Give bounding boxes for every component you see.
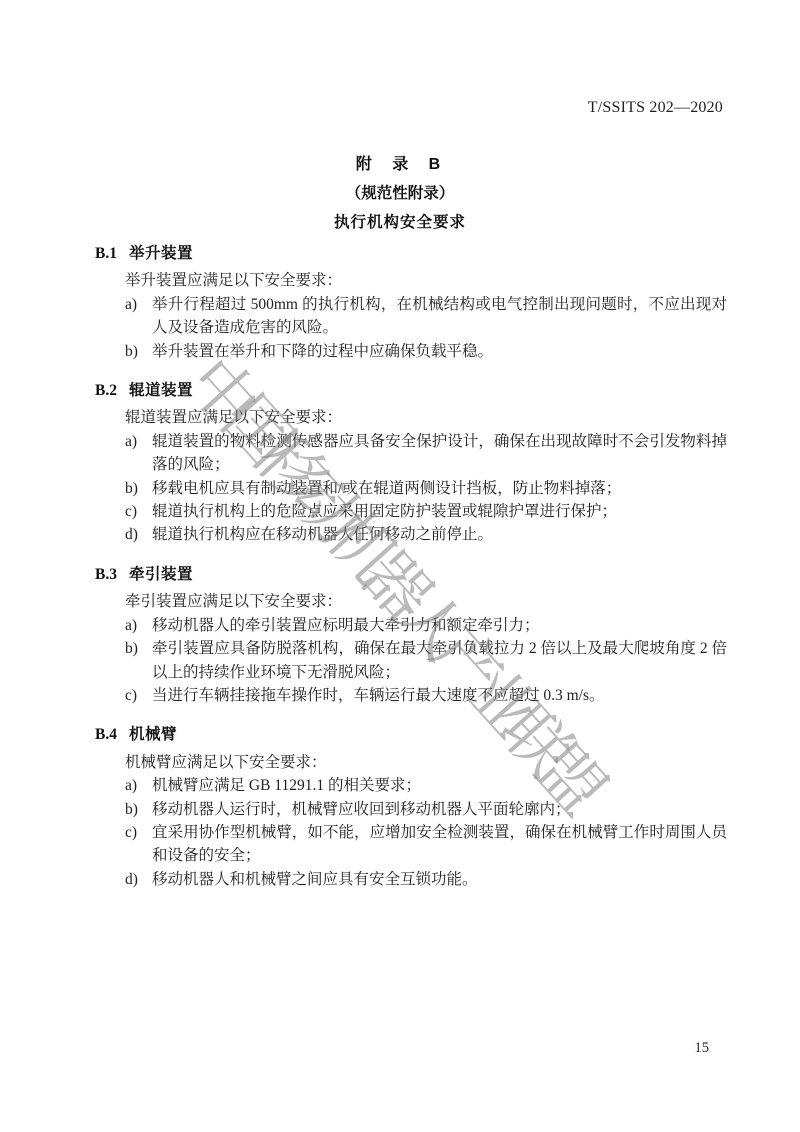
section-intro: 辊道装置应满足以下安全要求： [125, 406, 727, 429]
item-text: 辊道执行机构应在移动机器人任何移动之前停止。 [152, 523, 727, 546]
item-marker: c) [125, 684, 152, 707]
list-item: a) 辊道装置的物料检测传感器应具备安全保护设计，确保在出现故障时不会引发物料掉… [125, 430, 727, 477]
requirement-list: a) 机械臂应满足 GB 11291.1 的相关要求； b) 移动机器人运行时，… [125, 774, 727, 891]
item-text: 当进行车辆挂接拖车操作时，车辆运行最大速度不应超过 0.3 m/s。 [152, 684, 727, 707]
page-number: 15 [695, 1040, 710, 1057]
list-item: a) 机械臂应满足 GB 11291.1 的相关要求； [125, 774, 727, 797]
section-b1: B.1 举升装置 举升装置应满足以下安全要求： a) 举升行程超过 500mm … [95, 242, 727, 363]
section-number: B.1 [95, 242, 117, 265]
section-heading: B.1 举升装置 [95, 242, 727, 265]
item-text: 举升装置在举升和下降的过程中应确保负载平稳。 [152, 340, 727, 363]
item-text: 举升行程超过 500mm 的执行机构，在机械结构或电气控制出现问题时，不应出现对… [152, 293, 727, 340]
section-intro: 牵引装置应满足以下安全要求： [125, 590, 727, 613]
item-text: 宜采用协作型机械臂，如不能，应增加安全检测装置，确保在机械臂工作时周围人员和设备… [152, 821, 727, 868]
section-heading: B.4 机械臂 [95, 723, 727, 746]
section-number: B.2 [95, 379, 117, 402]
appendix-title: 附 录 B [0, 151, 800, 174]
list-item: c) 宜采用协作型机械臂，如不能，应增加安全检测装置，确保在机械臂工作时周围人员… [125, 821, 727, 868]
section-number: B.3 [95, 563, 117, 586]
section-title: 牵引装置 [129, 563, 193, 586]
list-item: b) 牵引装置应具备防脱落机构，确保在最大牵引负载拉力 2 倍以上及最大爬坡角度… [125, 637, 727, 684]
item-text: 移动机器人的牵引装置应标明最大牵引力和额定牵引力； [152, 614, 727, 637]
item-text: 机械臂应满足 GB 11291.1 的相关要求； [152, 774, 727, 797]
section-number: B.4 [95, 723, 117, 746]
section-title: 举升装置 [129, 242, 193, 265]
list-item: c) 辊道执行机构上的危险点应采用固定防护装置或辊隙护罩进行保护； [125, 500, 727, 523]
item-marker: b) [125, 340, 152, 363]
item-text: 移载电机应具有制动装置和/或在辊道两侧设计挡板，防止物料掉落； [152, 477, 727, 500]
item-marker: b) [125, 798, 152, 821]
list-item: b) 移动机器人运行时，机械臂应收回到移动机器人平面轮廓内； [125, 798, 727, 821]
item-marker: a) [125, 430, 152, 477]
list-item: b) 移载电机应具有制动装置和/或在辊道两侧设计挡板，防止物料掉落； [125, 477, 727, 500]
section-title: 辊道装置 [129, 379, 193, 402]
standard-number-header: T/SSITS 202—2020 [588, 99, 723, 117]
item-text: 辊道执行机构上的危险点应采用固定防护装置或辊隙护罩进行保护； [152, 500, 727, 523]
requirement-list: a) 移动机器人的牵引装置应标明最大牵引力和额定牵引力； b) 牵引装置应具备防… [125, 614, 727, 708]
section-title: 机械臂 [129, 723, 177, 746]
item-marker: d) [125, 868, 152, 891]
document-body: B.1 举升装置 举升装置应满足以下安全要求： a) 举升行程超过 500mm … [95, 238, 727, 891]
item-marker: c) [125, 821, 152, 868]
list-item: d) 辊道执行机构应在移动机器人任何移动之前停止。 [125, 523, 727, 546]
item-text: 移动机器人运行时，机械臂应收回到移动机器人平面轮廓内； [152, 798, 727, 821]
appendix-subject-title: 执行机构安全要求 [0, 210, 800, 232]
item-marker: b) [125, 637, 152, 684]
document-page: T/SSITS 202—2020 附 录 B （规范性附录） 执行机构安全要求 … [0, 0, 800, 1132]
section-b3: B.3 牵引装置 牵引装置应满足以下安全要求： a) 移动机器人的牵引装置应标明… [95, 563, 727, 707]
appendix-type-label: （规范性附录） [0, 181, 800, 203]
requirement-list: a) 举升行程超过 500mm 的执行机构，在机械结构或电气控制出现问题时，不应… [125, 293, 727, 363]
item-marker: c) [125, 500, 152, 523]
appendix-title-block: 附 录 B （规范性附录） 执行机构安全要求 [0, 151, 800, 232]
section-b2: B.2 辊道装置 辊道装置应满足以下安全要求： a) 辊道装置的物料检测传感器应… [95, 379, 727, 547]
item-text: 牵引装置应具备防脱落机构，确保在最大牵引负载拉力 2 倍以上及最大爬坡角度 2 … [152, 637, 727, 684]
item-text: 辊道装置的物料检测传感器应具备安全保护设计，确保在出现故障时不会引发物料掉落的风… [152, 430, 727, 477]
list-item: c) 当进行车辆挂接拖车操作时，车辆运行最大速度不应超过 0.3 m/s。 [125, 684, 727, 707]
list-item: b) 举升装置在举升和下降的过程中应确保负载平稳。 [125, 340, 727, 363]
section-intro: 举升装置应满足以下安全要求： [125, 269, 727, 292]
requirement-list: a) 辊道装置的物料检测传感器应具备安全保护设计，确保在出现故障时不会引发物料掉… [125, 430, 727, 547]
section-heading: B.2 辊道装置 [95, 379, 727, 402]
item-marker: a) [125, 774, 152, 797]
list-item: a) 举升行程超过 500mm 的执行机构，在机械结构或电气控制出现问题时，不应… [125, 293, 727, 340]
item-text: 移动机器人和机械臂之间应具有安全互锁功能。 [152, 868, 727, 891]
list-item: d) 移动机器人和机械臂之间应具有安全互锁功能。 [125, 868, 727, 891]
item-marker: b) [125, 477, 152, 500]
list-item: a) 移动机器人的牵引装置应标明最大牵引力和额定牵引力； [125, 614, 727, 637]
section-intro: 机械臂应满足以下安全要求： [125, 751, 727, 774]
section-heading: B.3 牵引装置 [95, 563, 727, 586]
item-marker: a) [125, 614, 152, 637]
item-marker: a) [125, 293, 152, 340]
section-b4: B.4 机械臂 机械臂应满足以下安全要求： a) 机械臂应满足 GB 11291… [95, 723, 727, 891]
item-marker: d) [125, 523, 152, 546]
